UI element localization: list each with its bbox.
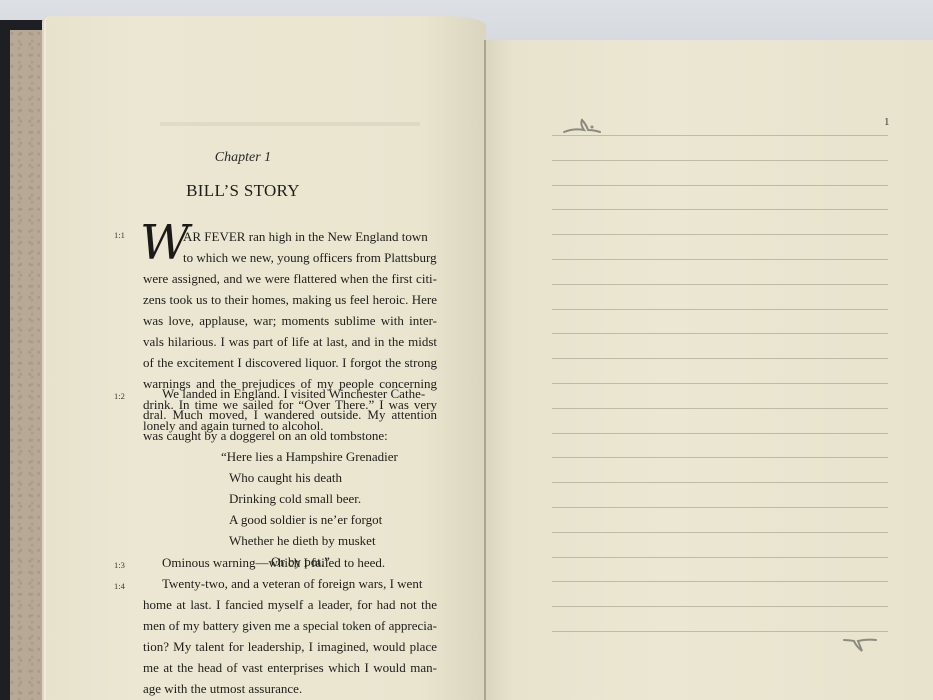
- ruled-line: [552, 234, 888, 235]
- book-gutter: [484, 40, 486, 700]
- ruled-line: [552, 631, 888, 632]
- verse-line-text: ran high in the New England town: [245, 229, 427, 244]
- ruled-line: [552, 408, 888, 409]
- verse-line: to which we new, young officers from Pla…: [183, 250, 437, 266]
- ruled-line: [552, 457, 888, 458]
- ruled-line: [552, 606, 888, 607]
- ruled-line: [552, 532, 888, 533]
- verse-line: of the excitement I discovered liquor. I…: [143, 355, 437, 371]
- verse-line: zens took us to their homes, making us f…: [143, 292, 437, 308]
- ruled-line: [552, 259, 888, 260]
- verse-line: men of my battery given me a special tok…: [143, 618, 437, 634]
- ruled-line: [552, 309, 888, 310]
- ruled-line: [552, 185, 888, 186]
- poem-line: Drinking cold small beer.: [229, 491, 361, 507]
- verse-line: me at the head of vast enterprises which…: [143, 660, 437, 676]
- show-through-text: ▬▬▬▬▬▬▬▬▬▬▬▬▬▬▬▬▬▬▬▬: [160, 110, 420, 133]
- verse-line: AR FEVER ran high in the New England tow…: [183, 229, 428, 245]
- page-number: 1: [884, 116, 890, 128]
- ruled-line: [552, 333, 888, 334]
- endpaper: [10, 30, 44, 700]
- verse-line: were assigned, and we were flattered whe…: [143, 271, 437, 287]
- ruled-line: [552, 284, 888, 285]
- ruled-line: [552, 507, 888, 508]
- verse-line: vals hilarious. I was part of life at la…: [143, 334, 437, 350]
- flourish-top-icon: [562, 118, 602, 134]
- ruled-line: [552, 581, 888, 582]
- verse-number: 1:1: [114, 230, 125, 240]
- ruled-line: [552, 160, 888, 161]
- ruled-line: [552, 135, 888, 136]
- right-page: [486, 40, 933, 700]
- verse-line: was love, applause, war; moments sublime…: [143, 313, 437, 329]
- chapter-title: BILL’S STORY: [0, 181, 486, 201]
- poem-line: A good soldier is ne’er forgot: [229, 512, 382, 528]
- verse-line: age with the utmost assurance.: [143, 681, 437, 697]
- verse-line: dral. Much moved, I wandered outside. My…: [143, 407, 437, 423]
- lead-smallcaps: AR FEVER: [183, 229, 245, 244]
- ruled-line: [552, 209, 888, 210]
- drop-cap: W: [140, 219, 189, 267]
- verse-number: 1:4: [114, 581, 125, 591]
- poem-line: “Here lies a Hampshire Grenadier: [221, 449, 398, 465]
- flourish-bottom-icon: [842, 636, 878, 654]
- ruled-line: [552, 433, 888, 434]
- verse-number: 1:2: [114, 391, 125, 401]
- poem-line: Who caught his death: [229, 470, 342, 486]
- verse-line: home at last. I fancied myself a leader,…: [143, 597, 437, 613]
- verse-line: Twenty-two, and a veteran of foreign war…: [162, 576, 437, 592]
- poem-line: Whether he dieth by musket: [229, 533, 376, 549]
- chapter-label: Chapter 1: [0, 150, 486, 166]
- verse-line: We landed in England. I visited Winchest…: [162, 386, 437, 402]
- verse-line: tion? My talent for leadership, I imagin…: [143, 639, 437, 655]
- ruled-line: [552, 557, 888, 558]
- verse-line: was caught by a doggerel on an old tombs…: [143, 428, 437, 444]
- ruled-line: [552, 482, 888, 483]
- verse-line: Ominous warning—which I failed to heed.: [162, 555, 437, 571]
- verse-number: 1:3: [114, 560, 125, 570]
- ruled-line: [552, 383, 888, 384]
- ruled-line: [552, 358, 888, 359]
